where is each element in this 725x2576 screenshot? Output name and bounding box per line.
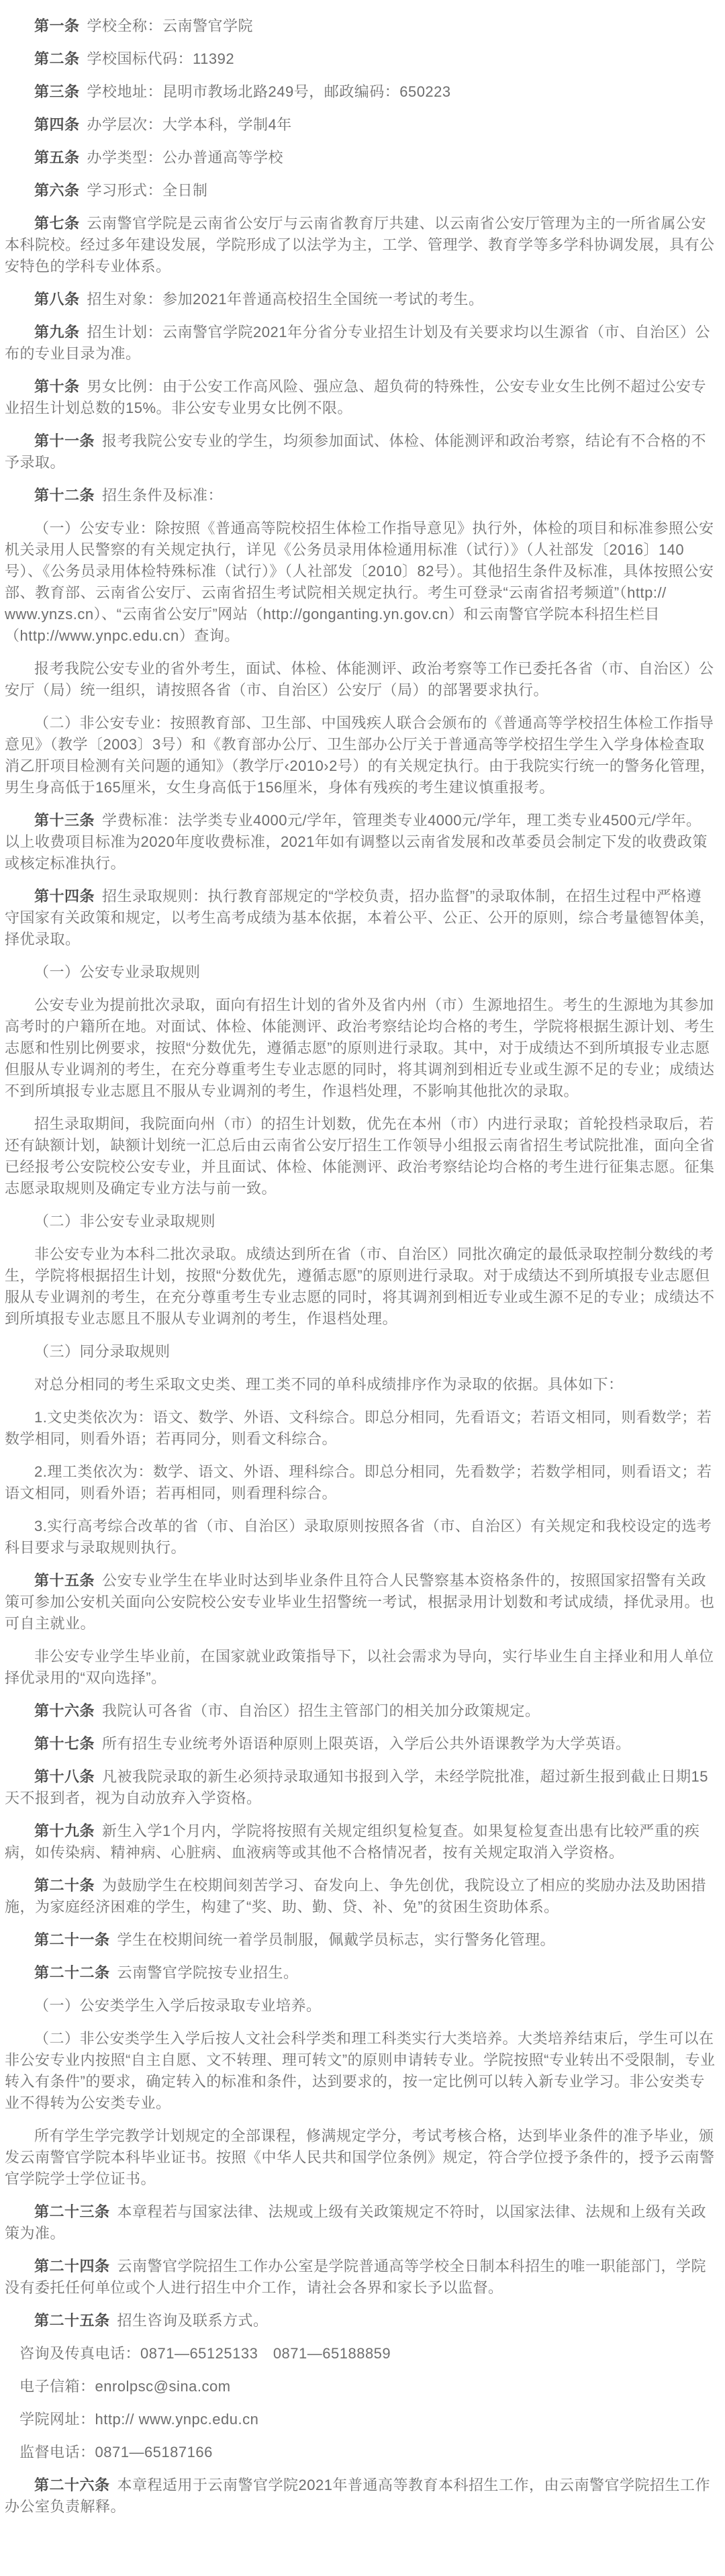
paragraph-text: 办学层次：大学本科，学制4年 xyxy=(87,116,292,133)
article-number-label: 第二十四条 xyxy=(34,2258,110,2274)
article-paragraph: 第二条学校国标代码：11392 xyxy=(5,48,716,70)
paragraph-text: 本章程适用于云南警官学院2021年普通高等教育本科招生工作，由云南警官学院招生工… xyxy=(5,2477,710,2515)
article-number-label: 第十六条 xyxy=(34,1702,95,1719)
article-number-label: 第二十条 xyxy=(34,1877,95,1894)
article-number-label: 第二十六条 xyxy=(34,2477,110,2493)
article-number-label: 第十九条 xyxy=(34,1823,95,1839)
article-paragraph: 第一条学校全称：云南警官学院 xyxy=(5,15,716,37)
article-number-label: 第二十三条 xyxy=(34,2203,110,2220)
body-paragraph: 学院网址：http:// www.ynpc.edu.cn xyxy=(5,2409,716,2430)
body-paragraph: 对总分相同的考生采取文史类、理工类不同的单科成绩排序作为录取的依据。具体如下： xyxy=(5,1374,716,1395)
article-paragraph: 第十二条招生条件及标准： xyxy=(5,485,716,506)
article-number-label: 第二十五条 xyxy=(34,2312,110,2329)
paragraph-text: 公安专业为提前批次录取，面向有招生计划的省外及省内州（市）生源地招生。考生的生源… xyxy=(5,997,715,1099)
article-paragraph: 第十五条公安专业学生在毕业时达到毕业条件且符合人民警察基本资格条件的，按照国家招… xyxy=(5,1570,716,1635)
paragraph-text: 报考我院公安专业的学生，均须参加面试、体检、体能测评和政治考察，结论有不合格的不… xyxy=(5,432,706,471)
paragraph-text: 招生咨询及联系方式。 xyxy=(117,2312,269,2329)
paragraph-text: 监督电话：0871—65187166 xyxy=(19,2444,213,2460)
article-number-label: 第十五条 xyxy=(34,1572,95,1589)
paragraph-text: 云南警官学院是云南省公安厅与云南省教育厅共建、以云南省公安厅管理为主的一所省属公… xyxy=(5,215,715,275)
paragraph-text: 学校国标代码：11392 xyxy=(87,50,235,67)
paragraph-text: （三）同分录取规则 xyxy=(34,1343,171,1360)
article-number-label: 第十二条 xyxy=(34,487,95,504)
paragraph-text: 非公安专业为本科二批次录取。成绩达到所在省（市、自治区）同批次确定的最低录取控制… xyxy=(5,1246,715,1327)
paragraph-text: 学校地址：昆明市教场北路249号，邮政编码：650223 xyxy=(87,83,451,100)
article-paragraph: 第十四条招生录取规则：执行教育部规定的“学校负责，招办监督”的录取体制，在招生过… xyxy=(5,886,716,950)
article-paragraph: 第九条招生计划：云南警官学院2021年分省分专业招生计划及有关要求均以生源省（市… xyxy=(5,322,716,365)
article-paragraph: 第七条云南警官学院是云南省公安厅与云南省教育厅共建、以云南省公安厅管理为主的一所… xyxy=(5,213,716,277)
article-paragraph: 第三条学校地址：昆明市教场北路249号，邮政编码：650223 xyxy=(5,81,716,103)
body-paragraph: 非公安专业为本科二批次录取。成绩达到所在省（市、自治区）同批次确定的最低录取控制… xyxy=(5,1244,716,1330)
paragraph-text: 学校全称：云南警官学院 xyxy=(87,17,254,34)
body-paragraph: （一）公安类学生入学后按录取专业培养。 xyxy=(5,1995,716,2017)
paragraph-text: 招生条件及标准： xyxy=(102,487,223,504)
paragraph-text: 学费标准：法学类专业4000元/学年，管理类专业4000元/学年，理工类专业45… xyxy=(5,812,708,872)
body-paragraph: 监督电话：0871—65187166 xyxy=(5,2442,716,2463)
paragraph-text: 非公安专业学生毕业前，在国家就业政策指导下，以社会需求为导向，实行毕业生自主择业… xyxy=(5,1648,714,1686)
article-paragraph: 第十一条报考我院公安专业的学生，均须参加面试、体检、体能测评和政治考察，结论有不… xyxy=(5,430,716,473)
article-paragraph: 第十三条学费标准：法学类专业4000元/学年，管理类专业4000元/学年，理工类… xyxy=(5,810,716,874)
paragraph-text: （二）非公安专业录取规则 xyxy=(34,1213,215,1230)
article-number-label: 第十四条 xyxy=(34,888,95,905)
paragraph-text: 学生在校期间统一着学员制服，佩戴学员标志，实行警务化管理。 xyxy=(117,1931,556,1948)
article-paragraph: 第十七条所有招生专业统考外语语种原则上限英语，入学后公共外语课教学为大学英语。 xyxy=(5,1733,716,1755)
article-paragraph: 第二十六条本章程适用于云南警官学院2021年普通高等教育本科招生工作，由云南警官… xyxy=(5,2475,716,2518)
article-paragraph: 第八条招生对象：参加2021年普通高校招生全国统一考试的考生。 xyxy=(5,289,716,310)
article-paragraph: 第十九条新生入学1个月内，学院将按照有关规定组织复检复查。如果复检复查出患有比较… xyxy=(5,1821,716,1864)
paragraph-text: 办学类型：公办普通高等学校 xyxy=(87,149,284,166)
paragraph-text: （一）公安类学生入学后按录取专业培养。 xyxy=(34,1997,322,2014)
article-number-label: 第五条 xyxy=(34,149,80,166)
paragraph-text: 云南警官学院按专业招生。 xyxy=(117,1964,299,1981)
paragraph-text: 1.文史类依次为：语文、数学、外语、文科综合。即总分相同，先看语文；若语文相同，… xyxy=(5,1409,712,1447)
article-number-label: 第四条 xyxy=(34,116,80,133)
paragraph-text: 所有学生学完教学计划规定的全部课程，修满规定学分，考试考核合格，达到毕业条件的准… xyxy=(5,2127,715,2187)
body-paragraph: （三）同分录取规则 xyxy=(5,1341,716,1363)
article-paragraph: 第二十四条云南警官学院招生工作办公室是学院普通高等学校全日制本科招生的唯一职能部… xyxy=(5,2256,716,2299)
body-paragraph: 报考我院公安专业的省外考生，面试、体检、体能测评、政治考察等工作已委托各省（市、… xyxy=(5,658,716,701)
article-number-label: 第十条 xyxy=(34,378,80,395)
paragraph-text: 男女比例：由于公安工作高风险、强应急、超负荷的特殊性，公安专业女生比例不超过公安… xyxy=(5,378,706,416)
article-paragraph: 第五条办学类型：公办普通高等学校 xyxy=(5,147,716,169)
article-paragraph: 第二十条为鼓励学生在校期间刻苦学习、奋发向上、争先创优，我院设立了相应的奖励办法… xyxy=(5,1875,716,1918)
paragraph-text: 公安专业学生在毕业时达到毕业条件且符合人民警察基本资格条件的，按照国家招警有关政… xyxy=(5,1572,715,1632)
paragraph-text: 招生录取期间，我院面向州（市）的招生计划数，优先在本州（市）内进行录取；首轮投档… xyxy=(5,1115,715,1197)
paragraph-text: 3.实行高考综合改革的省（市、自治区）录取原则按照各省（市、自治区）有关规定和我… xyxy=(5,1518,712,1556)
article-paragraph: 第十条男女比例：由于公安工作高风险、强应急、超负荷的特殊性，公安专业女生比例不超… xyxy=(5,376,716,419)
body-paragraph: 非公安专业学生毕业前，在国家就业政策指导下，以社会需求为导向，实行毕业生自主择业… xyxy=(5,1646,716,1689)
article-paragraph: 第六条学习形式：全日制 xyxy=(5,180,716,201)
article-number-label: 第七条 xyxy=(34,215,80,232)
article-number-label: 第六条 xyxy=(34,182,80,199)
paragraph-text: （二）非公安类学生入学后按人文社会科学类和理工科类实行大类培养。大类培养结束后，… xyxy=(5,2030,715,2111)
article-paragraph: 第二十三条本章程若与国家法律、法规或上级有关政策规定不符时，以国家法律、法规和上… xyxy=(5,2201,716,2244)
article-number-label: 第二十二条 xyxy=(34,1964,110,1981)
paragraph-text: 学习形式：全日制 xyxy=(87,182,208,199)
body-paragraph: 所有学生学完教学计划规定的全部课程，修满规定学分，考试考核合格，达到毕业条件的准… xyxy=(5,2125,716,2190)
paragraph-text: 咨询及传真电话：0871—65125133 0871—65188859 xyxy=(19,2345,391,2362)
body-paragraph: （一）公安专业：除按照《普通高等院校招生体检工作指导意见》执行外，体检的项目和标… xyxy=(5,518,716,647)
paragraph-text: 招生录取规则：执行教育部规定的“学校负责，招办监督”的录取体制，在招生过程中严格… xyxy=(5,888,715,948)
article-paragraph: 第二十五条招生咨询及联系方式。 xyxy=(5,2310,716,2332)
article-paragraph: 第二十二条云南警官学院按专业招生。 xyxy=(5,1962,716,1984)
article-number-label: 第十八条 xyxy=(34,1768,95,1785)
admissions-charter-document: 第一条学校全称：云南警官学院第二条学校国标代码：11392第三条学校地址：昆明市… xyxy=(0,0,725,2576)
paragraph-text: 学院网址：http:// www.ynpc.edu.cn xyxy=(19,2411,258,2428)
paragraph-text: 为鼓励学生在校期间刻苦学习、奋发向上、争先创优，我院设立了相应的奖励办法及助困措… xyxy=(5,1877,706,1915)
article-paragraph: 第十六条我院认可各省（市、自治区）招生主管部门的相关加分政策规定。 xyxy=(5,1700,716,1722)
article-number-label: 第八条 xyxy=(34,291,80,308)
article-paragraph: 第十八条凡被我院录取的新生必须持录取通知书报到入学，未经学院批准，超过新生报到截… xyxy=(5,1766,716,1809)
paragraph-text: 电子信箱：enrolpsc@sina.com xyxy=(19,2378,231,2395)
paragraph-text: 报考我院公安专业的省外考生，面试、体检、体能测评、政治考察等工作已委托各省（市、… xyxy=(5,660,714,698)
body-paragraph: （二）非公安专业录取规则 xyxy=(5,1211,716,1232)
article-number-label: 第三条 xyxy=(34,83,80,100)
body-paragraph: 1.文史类依次为：语文、数学、外语、文科综合。即总分相同，先看语文；若语文相同，… xyxy=(5,1407,716,1450)
body-paragraph: 公安专业为提前批次录取，面向有招生计划的省外及省内州（市）生源地招生。考生的生源… xyxy=(5,995,716,1102)
paragraph-text: 招生计划：云南警官学院2021年分省分专业招生计划及有关要求均以生源省（市、自治… xyxy=(5,324,710,362)
article-number-label: 第一条 xyxy=(34,17,80,34)
body-paragraph: （一）公安专业录取规则 xyxy=(5,962,716,983)
paragraph-text: 招生对象：参加2021年普通高校招生全国统一考试的考生。 xyxy=(87,291,484,308)
article-number-label: 第二十一条 xyxy=(34,1931,110,1948)
article-number-label: 第二条 xyxy=(34,50,80,67)
paragraph-text: （二）非公安专业：按照教育部、卫生部、中国残疾人联合会颁布的《普通高等学校招生体… xyxy=(5,715,715,796)
body-paragraph: （二）非公安专业：按照教育部、卫生部、中国残疾人联合会颁布的《普通高等学校招生体… xyxy=(5,712,716,798)
paragraph-text: 所有招生专业统考外语语种原则上限英语，入学后公共外语课教学为大学英语。 xyxy=(102,1735,631,1752)
paragraph-text: 2.理工类依次为：数学、语文、外语、理科综合。即总分相同，先看数学；若数学相同，… xyxy=(5,1463,712,1502)
article-number-label: 第九条 xyxy=(34,324,80,340)
paragraph-text: 凡被我院录取的新生必须持录取通知书报到入学，未经学院批准，超过新生报到截止日期1… xyxy=(5,1768,708,1806)
body-paragraph: 3.实行高考综合改革的省（市、自治区）录取原则按照各省（市、自治区）有关规定和我… xyxy=(5,1516,716,1559)
paragraph-text: 对总分相同的考生采取文史类、理工类不同的单科成绩排序作为录取的依据。具体如下： xyxy=(34,1376,624,1393)
body-paragraph: 咨询及传真电话：0871—65125133 0871—65188859 xyxy=(5,2343,716,2364)
paragraph-text: 我院认可各省（市、自治区）招生主管部门的相关加分政策规定。 xyxy=(102,1702,540,1719)
article-number-label: 第十一条 xyxy=(34,432,95,449)
paragraph-text: （一）公安专业：除按照《普通高等院校招生体检工作指导意见》执行外，体检的项目和标… xyxy=(5,520,714,644)
paragraph-text: （一）公安专业录取规则 xyxy=(34,964,201,980)
body-paragraph: 招生录取期间，我院面向州（市）的招生计划数，优先在本州（市）内进行录取；首轮投档… xyxy=(5,1113,716,1199)
article-paragraph: 第四条办学层次：大学本科，学制4年 xyxy=(5,114,716,136)
body-paragraph: 电子信箱：enrolpsc@sina.com xyxy=(5,2376,716,2397)
paragraph-text: 新生入学1个月内，学院将按照有关规定组织复检复查。如果复检复查出患有比较严重的疾… xyxy=(5,1823,699,1861)
article-number-label: 第十三条 xyxy=(34,812,95,829)
article-paragraph: 第二十一条学生在校期间统一着学员制服，佩戴学员标志，实行警务化管理。 xyxy=(5,1929,716,1951)
article-number-label: 第十七条 xyxy=(34,1735,95,1752)
body-paragraph: （二）非公安类学生入学后按人文社会科学类和理工科类实行大类培养。大类培养结束后，… xyxy=(5,2028,716,2114)
body-paragraph: 2.理工类依次为：数学、语文、外语、理科综合。即总分相同，先看数学；若数学相同，… xyxy=(5,1461,716,1504)
